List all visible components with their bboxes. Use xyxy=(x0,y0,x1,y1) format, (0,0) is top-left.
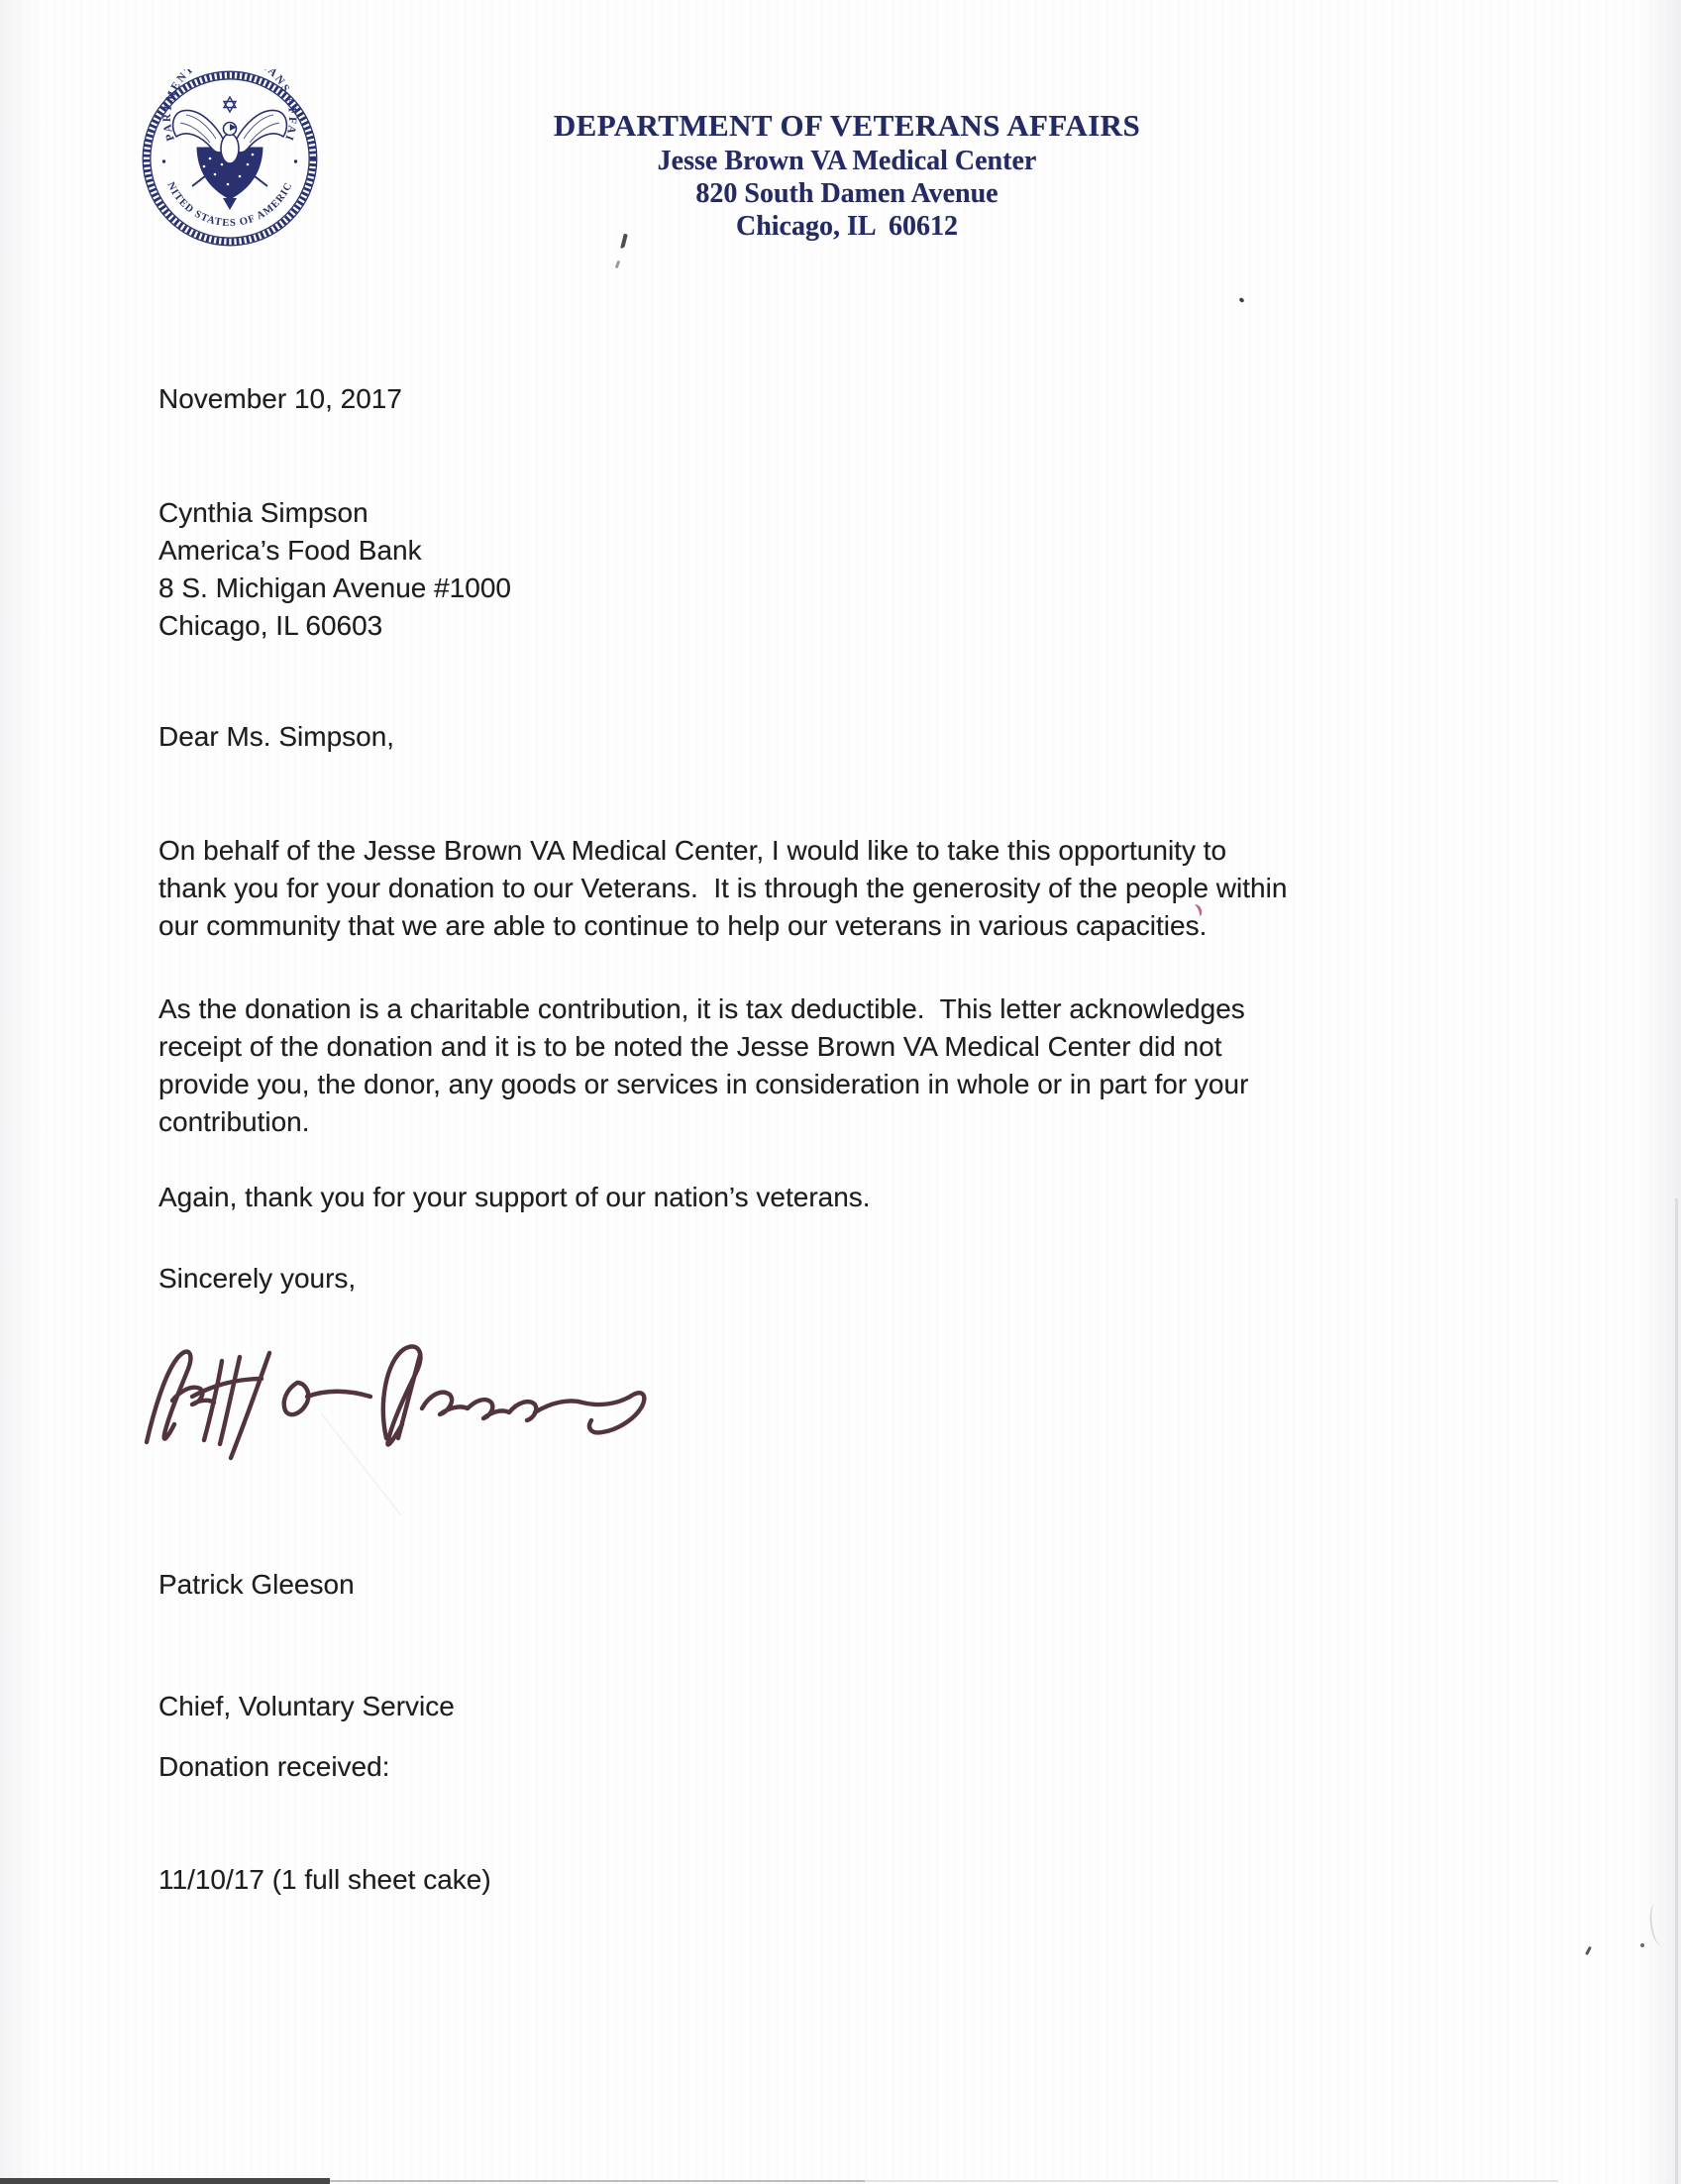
donation-label: Donation received: xyxy=(158,1748,1545,1786)
scan-artifact xyxy=(1238,297,1244,303)
letter-page: DEPARTMENT OF VETERANS AFFAIRS UNITED ST… xyxy=(0,0,1681,2184)
scan-artifact xyxy=(1585,1946,1592,1955)
signer-name: Patrick Gleeson xyxy=(158,1564,1545,1605)
letterhead-department: DEPARTMENT OF VETERANS AFFAIRS xyxy=(436,107,1258,145)
handwritten-signature xyxy=(139,1339,659,1483)
scan-artifact xyxy=(1640,1943,1644,1947)
letterhead: DEPARTMENT OF VETERANS AFFAIRS Jesse Bro… xyxy=(436,107,1258,243)
scan-edge-right xyxy=(1675,1198,1678,2184)
scan-artifact xyxy=(615,260,621,269)
scan-edge-bottom-dark xyxy=(0,2178,330,2184)
closing: Sincerely yours, xyxy=(158,1260,1545,1298)
paragraph-3: Again, thank you for your support of our… xyxy=(158,1179,1545,1216)
scan-edge-bottom xyxy=(330,2180,865,2182)
recipient-address: Cynthia Simpson America’s Food Bank 8 S.… xyxy=(158,494,1545,645)
donation-detail: 11/10/17 (1 full sheet cake) xyxy=(158,1861,1545,1899)
donation-note: Donation received: 11/10/17 (1 full shee… xyxy=(158,1673,1545,1974)
scan-edge-bottom-faint xyxy=(865,2180,1558,2182)
scan-artifact xyxy=(1647,1903,1669,1946)
letterhead-street: 820 South Damen Avenue xyxy=(436,177,1258,210)
va-seal: DEPARTMENT OF VETERANS AFFAIRS UNITED ST… xyxy=(141,69,319,248)
va-seal-graphic: DEPARTMENT OF VETERANS AFFAIRS UNITED ST… xyxy=(141,69,319,248)
letterhead-facility: Jesse Brown VA Medical Center xyxy=(436,145,1258,177)
salutation: Dear Ms. Simpson, xyxy=(158,718,1545,756)
paragraph-2: As the donation is a charitable contribu… xyxy=(158,990,1545,1141)
paragraph-1: On behalf of the Jesse Brown VA Medical … xyxy=(158,832,1545,945)
seal-star-ornament xyxy=(224,97,236,112)
seal-eagle xyxy=(173,110,287,163)
letterhead-city-state-zip: Chicago, IL 60612 xyxy=(436,210,1258,243)
letter-date: November 10, 2017 xyxy=(158,380,1545,418)
